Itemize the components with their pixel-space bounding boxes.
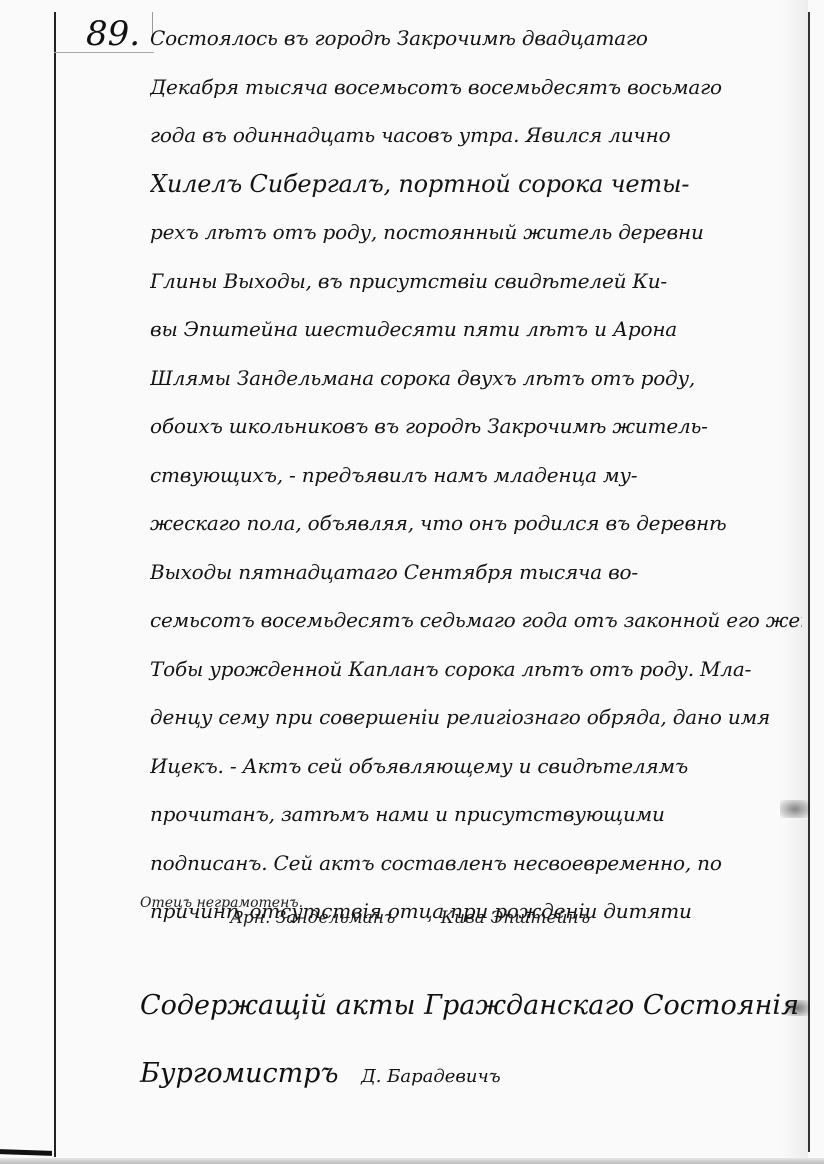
text-line: денцу сему при совершеніи религіознаго о…: [150, 693, 802, 742]
right-border-line: [808, 12, 810, 1152]
text-line: прочитанъ, затѣмъ нами и присутствующими: [150, 790, 802, 839]
text-line: Тобы урожденной Капланъ сорока лѣтъ отъ …: [150, 645, 802, 694]
registrar-block: Содержащій акты Гражданскаго Состоянія Б…: [140, 972, 799, 1108]
text-line: Шлямы Зандельмана сорока двухъ лѣтъ отъ …: [150, 354, 802, 403]
record-body: Состоялось въ городѣ Закрочимѣ двадцатаг…: [150, 14, 802, 936]
text-line: вы Эпштейна шестидесяти пяти лѣтъ и Арон…: [150, 305, 802, 354]
signature-witness-1: Арн. Зандельманъ: [230, 908, 395, 928]
text-line: семьсотъ восемьдесятъ седьмаго года отъ …: [150, 596, 802, 645]
margin-ink-mark: [0, 1149, 52, 1156]
text-line: года въ одиннадцать часовъ утра. Явился …: [150, 111, 802, 160]
text-line: обоихъ школьниковъ въ городѣ Закрочимѣ ж…: [150, 402, 802, 451]
text-line: рехъ лѣтъ отъ роду, постоянный житель де…: [150, 208, 802, 257]
text-line: подписанъ. Сей актъ составленъ несвоевре…: [150, 839, 802, 888]
text-line: ствующихъ, - предъявилъ намъ младенца му…: [150, 451, 802, 500]
text-line: Ицекъ. - Актъ сей объявляющему и свидѣте…: [150, 742, 802, 791]
text-line: Декабря тысяча восемьсотъ восемьдесятъ в…: [150, 63, 802, 112]
registrar-signature: Д. Барадевичъ: [361, 1066, 501, 1087]
registrar-title: Содержащій акты Гражданскаго Состоянія: [140, 972, 799, 1040]
witness-signatures: Арн. Зандельманъ Кива Эпштейнъ: [230, 908, 630, 928]
scanned-page: 89. Состоялось въ городѣ Закрочимѣ двадц…: [0, 0, 824, 1164]
text-line: Глины Выходы, въ присутствіи свидѣтелей …: [150, 257, 802, 306]
registrar-role: Бургомистръ: [140, 1058, 338, 1089]
text-line: Хилелъ Сибергалъ, портной сорока четы-: [150, 160, 802, 209]
registrar-role-line: Бургомистръ Д. Барадевичъ: [140, 1040, 799, 1108]
text-line: жескаго пола, объявляя, что онъ родился …: [150, 499, 802, 548]
text-line: Состоялось въ городѣ Закрочимѣ двадцатаг…: [150, 14, 802, 63]
page-bottom-edge: [0, 1158, 824, 1164]
signature-witness-2: Кива Эпштейнъ: [441, 908, 590, 928]
left-margin-line: [54, 12, 56, 1157]
act-number: 89.: [86, 14, 140, 54]
text-line: Выходы пятнадцатаго Сентября тысяча во-: [150, 548, 802, 597]
